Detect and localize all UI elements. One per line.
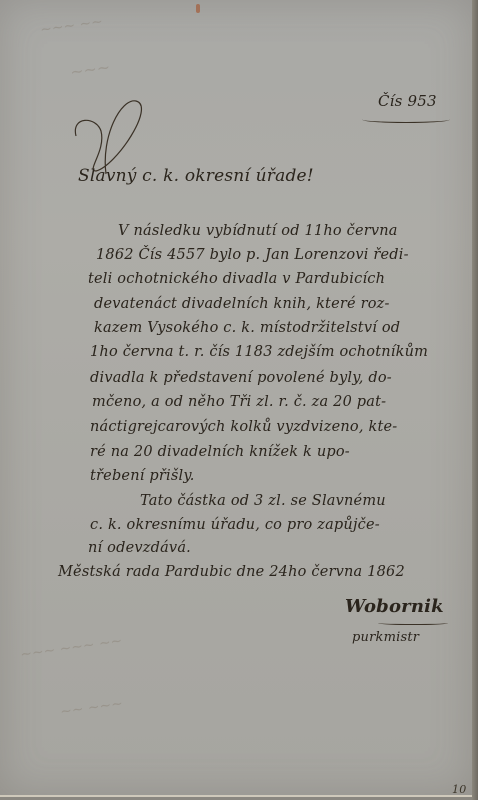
body-line: náctigrejcarových kolků vyzdvizeno, kte- xyxy=(90,419,397,435)
signature: Wobornik xyxy=(345,596,444,617)
bleed-through-mark: ~~~ ~~ xyxy=(39,14,104,39)
reference-number: Čís 953 xyxy=(378,92,437,110)
body-line: 1862 Čís 4557 bylo p. Jan Lorenzovi ředi… xyxy=(96,247,409,263)
closing-date-line: Městská rada Pardubic dne 24ho června 18… xyxy=(58,564,405,580)
body-line: devatenáct divadelních knih, které roz- xyxy=(94,296,390,312)
salutation: Slavný c. k. okresní úřade! xyxy=(78,166,314,186)
body-line: divadla k představení povolené byly, do- xyxy=(90,370,392,386)
body-line: ré na 20 divadelních knížek k upo- xyxy=(90,444,350,460)
bleed-through-mark: ~~~ xyxy=(69,57,111,81)
body-line: mčeno, a od něho Tři zl. r. č. za 20 pat… xyxy=(92,394,386,410)
bleed-through-mark: ~~~ ~~~ ~~ xyxy=(19,633,123,663)
bleed-through-mark: ~~ ~~~ xyxy=(59,696,124,721)
body-line: ní odevzdává. xyxy=(88,540,191,556)
document-page: ~~~ ~~ ~~~ ~~~ ~~~ ~~ ~~ ~~~ Čís 953 Sla… xyxy=(0,0,475,797)
body-line: třebení přišly. xyxy=(90,468,195,484)
body-line: 1ho června t. r. čís 1183 zdejším ochotn… xyxy=(90,344,428,360)
flourish-initial-icon xyxy=(66,96,176,176)
body-line: V následku vybídnutí od 11ho června xyxy=(118,223,398,239)
ink-stain xyxy=(196,4,200,13)
body-line: teli ochotnického divadla v Pardubicích xyxy=(88,271,385,287)
folio-number: 10 xyxy=(452,783,466,796)
page-edge xyxy=(472,0,478,800)
body-line: kazem Vysokého c. k. místodržitelství od xyxy=(94,320,400,336)
body-line: Tato částka od 3 zl. se Slavnému xyxy=(140,493,386,509)
reference-underline xyxy=(362,116,450,123)
body-line: c. k. okresnímu úřadu, co pro zapůjče- xyxy=(90,517,380,533)
signature-title: purkmistr xyxy=(352,630,419,645)
signature-flourish xyxy=(378,620,448,625)
